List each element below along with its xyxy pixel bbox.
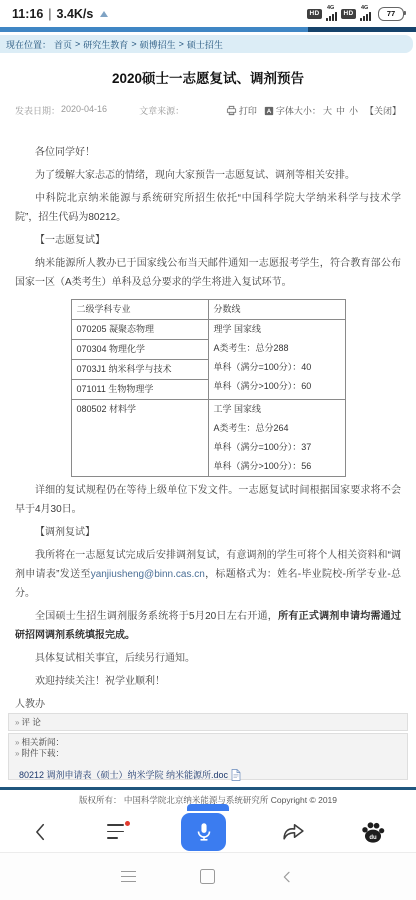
score-line: A类考生：总分288	[214, 339, 342, 358]
score-line: 理学 国家线	[214, 320, 342, 339]
page-load-progress-bar	[0, 27, 416, 32]
menu-icon	[107, 824, 127, 839]
font-size-small-button[interactable]: 小	[349, 104, 358, 117]
related-news-label: 相关新闻：	[21, 737, 64, 747]
voice-search-button[interactable]	[181, 813, 226, 851]
section-marker: »	[15, 718, 19, 727]
status-bar: 11:16 | 3.4K/s HD 4G HD 4G 77	[0, 0, 416, 27]
score-line: 单科（满分=100分）：40	[214, 358, 342, 377]
font-size-label: 字体大小：	[276, 104, 321, 117]
nav-back-chevron-icon	[279, 868, 295, 886]
font-size-medium-button[interactable]: 中	[336, 104, 345, 117]
table-cell-major: 070304 物理化学	[71, 340, 208, 360]
font-size-large-button[interactable]: 大	[323, 104, 332, 117]
breadcrumb-item-master-admissions[interactable]: 硕士招生	[187, 38, 223, 51]
status-time: 11:16	[12, 7, 43, 21]
status-separator: |	[48, 7, 51, 21]
score-line: 工学 国家线	[214, 400, 342, 419]
nav-back-button[interactable]	[279, 868, 295, 886]
comment-section-title: 评 论	[21, 717, 40, 727]
breadcrumb-separator: >	[75, 39, 80, 49]
paragraph-intro: 为了缓解大家忐忑的情绪，现向大家预告一志愿复试、调剂等相关安排。	[15, 166, 401, 185]
paragraph-system-open: 全国硕士生招生调剂服务系统将于5月20日左右开通，所有正式调剂申请均需通过研招网…	[15, 607, 401, 645]
table-cell-major: 080502 材料学	[71, 400, 208, 477]
hd-badge: HD	[307, 9, 322, 19]
baidu-paw-icon: du	[360, 819, 386, 845]
signal-icon: 4G	[326, 6, 337, 21]
system-open-text: 全国硕士生招生调剂服务系统将于5月20日左右开通，	[35, 611, 278, 622]
score-table: 二级学科专业 分数线 070205 凝聚态物理 理学 国家线 A类考生：总分28…	[71, 299, 346, 477]
microphone-icon	[193, 821, 215, 843]
upload-arrow-icon	[100, 11, 108, 17]
recents-icon	[121, 871, 136, 882]
notification-dot	[125, 821, 130, 826]
breadcrumb-item-home[interactable]: 首页	[54, 38, 72, 51]
article-body: 各位同学好！ 为了缓解大家忐忑的情绪，现向大家预告一志愿复试、调剂等相关安排。 …	[15, 143, 401, 712]
section-heading-first-choice: 【一志愿复试】	[15, 231, 401, 250]
paragraph-followup: 具体复试相关事宜，后续另行通知。	[15, 649, 401, 668]
source-label: 文章来源：	[139, 104, 184, 117]
footer-divider-bar	[0, 787, 416, 790]
section-marker: »	[15, 749, 19, 758]
breadcrumb-item-graduate-education[interactable]: 研究生教育	[83, 38, 128, 51]
attachment-link[interactable]: 80212 调剂申请表（硕士）纳米学院 纳米能源所.doc	[15, 768, 407, 781]
table-cell-major: 071011 生物物理学	[71, 380, 208, 400]
signal-icon: 4G	[360, 6, 371, 21]
breadcrumb-item-admissions[interactable]: 硕博招生	[140, 38, 176, 51]
article-content: 2020硕士一志愿复试、调剂预告 发表日期： 2020-04-16 文章来源： …	[0, 56, 416, 712]
font-size-icon	[264, 106, 274, 116]
paragraph-notify: 纳米能源所人教办已于国家线公布当天邮件通知一志愿报考学生，符合教育部公布国家一区…	[15, 254, 401, 292]
attachment-filename: 80212 调剂申请表（硕士）纳米学院 纳米能源所.doc	[19, 768, 228, 781]
close-button[interactable]: 【关闭】	[365, 104, 401, 117]
android-nav-bar	[0, 853, 416, 900]
score-line: A类考生：总分264	[214, 419, 342, 438]
phone-screen: 11:16 | 3.4K/s HD 4G HD 4G 77 现在位置： 首	[0, 0, 416, 900]
score-line: 单科（满分=100分）：37	[214, 438, 342, 457]
print-button[interactable]: 打印	[226, 104, 257, 117]
progress-fill	[0, 27, 308, 32]
section-marker: »	[15, 738, 19, 747]
baidu-logo-text: du	[360, 835, 386, 841]
doc-file-icon	[231, 769, 241, 781]
browser-menu-button[interactable]	[107, 824, 127, 839]
hd-badge: HD	[341, 9, 356, 19]
paragraph-adjustment: 我所将在一志愿复试完成后安排调剂复试，有意调剂的学生可将个人相关资料和“调剂申请…	[15, 546, 401, 603]
breadcrumb-separator: >	[179, 39, 184, 49]
share-arrow-icon	[281, 819, 306, 844]
table-cell-major: 0703J1 纳米科学与技术	[71, 360, 208, 380]
table-row: 080502 材料学 工学 国家线 A类考生：总分264 单科（满分=100分）…	[71, 400, 345, 477]
table-row: 070205 凝聚态物理 理学 国家线 A类考生：总分288 单科（满分=100…	[71, 320, 345, 340]
table-header-scoreline: 分数线	[208, 300, 345, 320]
browser-toolbar: du	[0, 811, 416, 853]
table-cell-major: 070205 凝聚态物理	[71, 320, 208, 340]
score-line: 单科（满分>100分）：56	[214, 457, 342, 476]
paragraph-institute: 中科院北京纳米能源与系统研究所招生依托“中国科学院大学纳米科学与技术学院”，招生…	[15, 189, 401, 227]
paragraph-schedule: 详细的复试规程仍在等待上级单位下发文件。一志愿复试时间根据国家要求将不会早于4月…	[15, 481, 401, 519]
section-heading-adjustment: 【调剂复试】	[15, 523, 401, 542]
baidu-home-button[interactable]: du	[360, 819, 386, 845]
breadcrumb-separator: >	[131, 39, 136, 49]
score-line: 单科（满分>100分）：60	[214, 377, 342, 396]
share-button[interactable]	[281, 819, 306, 844]
print-label: 打印	[239, 104, 257, 117]
font-size-control: 字体大小： 大 中 小	[264, 104, 358, 117]
breadcrumb-prefix: 现在位置：	[6, 38, 51, 51]
table-cell-science-scores: 理学 国家线 A类考生：总分288 单科（满分=100分）：40 单科（满分>1…	[208, 320, 345, 400]
page-title: 2020硕士一志愿复试、调剂预告	[10, 67, 406, 87]
battery-indicator: 77	[378, 7, 404, 21]
back-chevron-icon	[30, 820, 52, 844]
attachment-label: 附件下载：	[21, 748, 64, 758]
article-meta-row: 发表日期： 2020-04-16 文章来源： 打印 字体大小： 大 中 小	[15, 104, 401, 117]
network-type-label: 4G	[327, 6, 334, 11]
table-cell-engineering-scores: 工学 国家线 A类考生：总分264 单科（满分=100分）：37 单科（满分>1…	[208, 400, 345, 477]
table-header-row: 二级学科专业 分数线	[71, 300, 345, 320]
email-link[interactable]: yanjiusheng@binn.cas.cn	[91, 569, 205, 580]
battery-level: 77	[387, 9, 395, 18]
paragraph-wishes: 欢迎持续关注！祝学业顺利！	[15, 672, 401, 691]
home-square-icon	[200, 869, 215, 884]
network-type-label: 4G	[361, 6, 368, 11]
comment-section: »评 论	[8, 713, 408, 731]
nav-home-button[interactable]	[200, 869, 215, 884]
breadcrumb: 现在位置： 首页 > 研究生教育 > 硕博招生 > 硕士招生	[0, 35, 413, 53]
signature-department: 人教办	[15, 695, 401, 712]
publish-date-label: 发表日期：	[15, 104, 60, 117]
browser-back-button[interactable]	[30, 820, 52, 844]
publish-date: 2020-04-16	[61, 104, 107, 117]
network-speed: 3.4K/s	[57, 7, 94, 21]
paragraph-greeting: 各位同学好！	[15, 143, 401, 162]
nav-recents-button[interactable]	[121, 871, 136, 882]
printer-icon	[226, 105, 237, 116]
table-header-major: 二级学科专业	[71, 300, 208, 320]
related-section: »相关新闻： »附件下载： 80212 调剂申请表（硕士）纳米学院 纳米能源所.…	[8, 733, 408, 780]
